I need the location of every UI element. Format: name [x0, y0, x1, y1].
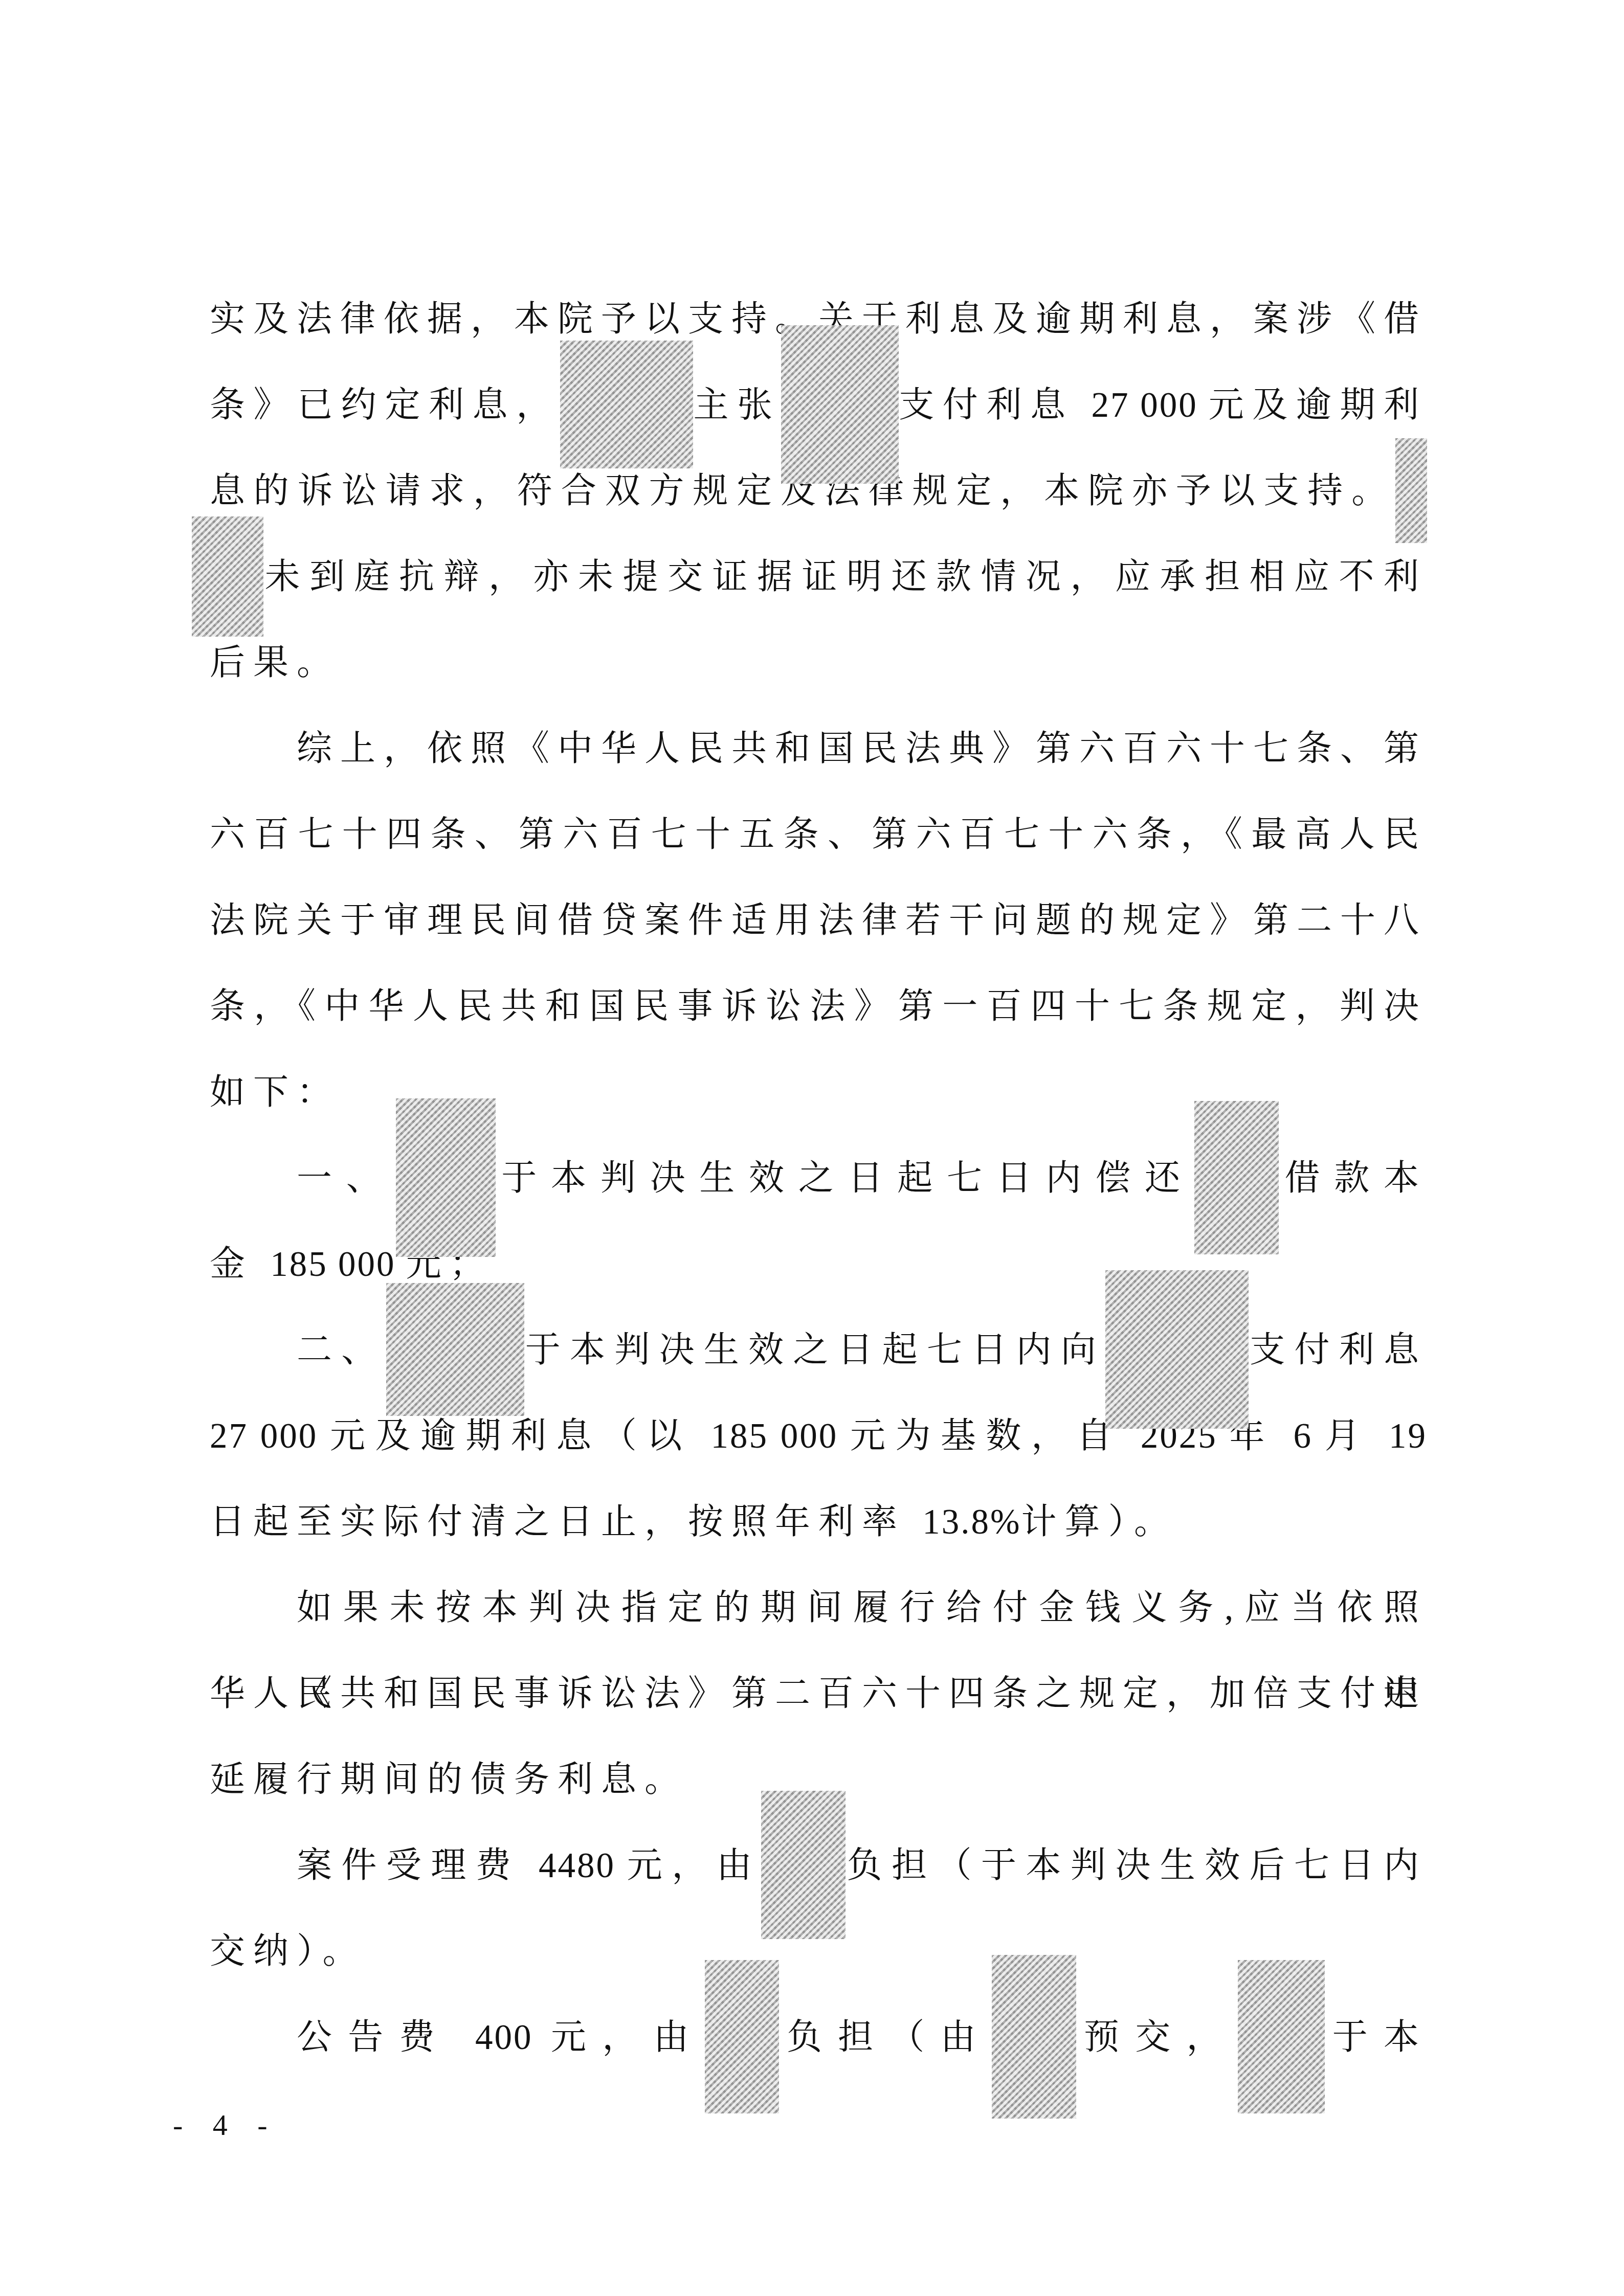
document-line: 六百七十四条、第六百七十五条、第六百七十六条，《最高人民 — [210, 792, 1427, 877]
text-run: 案件受理费 — [297, 1846, 539, 1885]
text-run: 400 — [475, 2018, 551, 2057]
text-run: 元及逾期利 — [1209, 386, 1427, 424]
text-run: 华人民共和国民事诉讼法》第二百六十四条之规定，加倍支付迟 — [210, 1674, 1427, 1713]
redaction-block — [1395, 438, 1427, 543]
redaction-block — [992, 1955, 1076, 2119]
document-line: 法院关于审理民间借贷案件适用法律若干问题的规定》第二十八 — [210, 877, 1427, 963]
document-line: 案件受理费 4480 元，由负担（于本判决生效后七日内 — [210, 1822, 1427, 1908]
redaction-block — [705, 1960, 779, 2113]
text-run: 于本 — [1325, 2018, 1427, 2057]
page-number: - 4 - — [173, 2100, 279, 2151]
text-run: 借款本 — [1279, 1159, 1427, 1198]
text-run: 185 000 — [270, 1245, 406, 1284]
text-run: 公告费 — [297, 2018, 475, 2057]
redaction-block — [1194, 1101, 1279, 1254]
document-page: 实及法律依据，本院予以支持。关于利息及逾期利息，案涉《借条》已约定利息，主张支付… — [0, 0, 1624, 2296]
document-line: 如果未按本判决指定的期间履行给付金钱义务,应当依照《中 — [210, 1565, 1427, 1651]
text-run: 法院关于审理民间借贷案件适用法律若干问题的规定》第二十八 — [210, 901, 1427, 940]
text-run: 185 000 — [711, 1416, 850, 1455]
document-line: 未到庭抗辩，亦未提交证据证明还款情况，应承担相应不利 — [210, 534, 1427, 620]
text-run: 于本判决生效之日起七日内向 — [524, 1331, 1106, 1369]
document-line: 后果。 — [210, 620, 1427, 706]
text-run: 13.8% — [922, 1502, 1021, 1541]
document-line: 二、于本判决生效之日起七日内向支付利息 — [210, 1307, 1427, 1393]
text-run: 一、 — [297, 1159, 396, 1198]
redaction-block — [1238, 1960, 1325, 2113]
text-run: 金 — [210, 1245, 270, 1284]
redaction-block — [761, 1791, 846, 1939]
text-run: 元，由 — [627, 1846, 761, 1885]
text-run: 6 — [1294, 1416, 1325, 1455]
text-run: 条》已约定利息， — [210, 386, 560, 424]
text-run: 支付利息 — [1249, 1331, 1427, 1369]
text-run: 计算）。 — [1021, 1502, 1177, 1541]
document-line: 一、于本判决生效之日起七日内偿还借款本 — [210, 1135, 1427, 1221]
text-run: 于本判决生效之日起七日内偿还 — [496, 1159, 1194, 1198]
text-run: 预交， — [1076, 2018, 1238, 2057]
redaction-block — [781, 325, 899, 484]
text-run: 二、 — [297, 1331, 386, 1369]
text-run: 负担（由 — [779, 2018, 992, 2057]
text-run: 日起至实际付清之日止，按照年利率 — [210, 1502, 922, 1541]
text-run: 主张 — [693, 386, 781, 424]
text-run: 交纳）。 — [210, 1932, 366, 1971]
text-run: 延履行期间的债务利息。 — [210, 1760, 688, 1799]
redaction-block — [1105, 1270, 1249, 1429]
redaction-block — [192, 516, 263, 637]
text-run: 后果。 — [210, 643, 340, 682]
text-run: 月 — [1325, 1416, 1389, 1455]
text-run: 元及逾期利息（以 — [330, 1416, 711, 1455]
document-line: 条》已约定利息，主张支付利息 27 000 元及逾期利 — [210, 362, 1427, 448]
text-run: 未到庭抗辩，亦未提交证据证明还款情况，应承担相应不利 — [263, 557, 1427, 596]
text-run: 六百七十四条、第六百七十五条、第六百七十六条，《最高人民 — [210, 815, 1427, 854]
text-run: 27 000 — [210, 1416, 330, 1455]
text-run: 27 000 — [1091, 386, 1208, 424]
redaction-block — [396, 1098, 496, 1257]
redaction-block — [386, 1283, 524, 1416]
text-run: 负担（于本判决生效后七日内 — [846, 1846, 1427, 1885]
text-run: 元为基数，自 — [850, 1416, 1141, 1455]
document-line: 公告费 400 元，由负担（由预交，于本 — [210, 1994, 1427, 2080]
document-line: 综上，依照《中华人民共和国民法典》第六百六十七条、第 — [210, 706, 1427, 792]
text-run: 4480 — [539, 1846, 627, 1885]
document-line: 条，《中华人民共和国民事诉讼法》第一百四十七条规定，判决 — [210, 963, 1427, 1049]
text-run: 如下： — [210, 1073, 340, 1112]
redaction-block — [560, 341, 693, 468]
text-run: 19 — [1389, 1416, 1427, 1455]
text-run: 综上，依照《中华人民共和国民法典》第六百六十七条、第 — [297, 729, 1427, 768]
text-run: 元，由 — [551, 2018, 705, 2057]
text-run: 支付利息 — [899, 386, 1092, 424]
document-lines: 实及法律依据，本院予以支持。关于利息及逾期利息，案涉《借条》已约定利息，主张支付… — [210, 276, 1427, 2080]
document-line: 华人民共和国民事诉讼法》第二百六十四条之规定，加倍支付迟 — [210, 1651, 1427, 1737]
text-run: 条，《中华人民共和国民事诉讼法》第一百四十七条规定，判决 — [210, 987, 1427, 1026]
document-line: 日起至实际付清之日止，按照年利率 13.8%计算）。 — [210, 1479, 1427, 1565]
